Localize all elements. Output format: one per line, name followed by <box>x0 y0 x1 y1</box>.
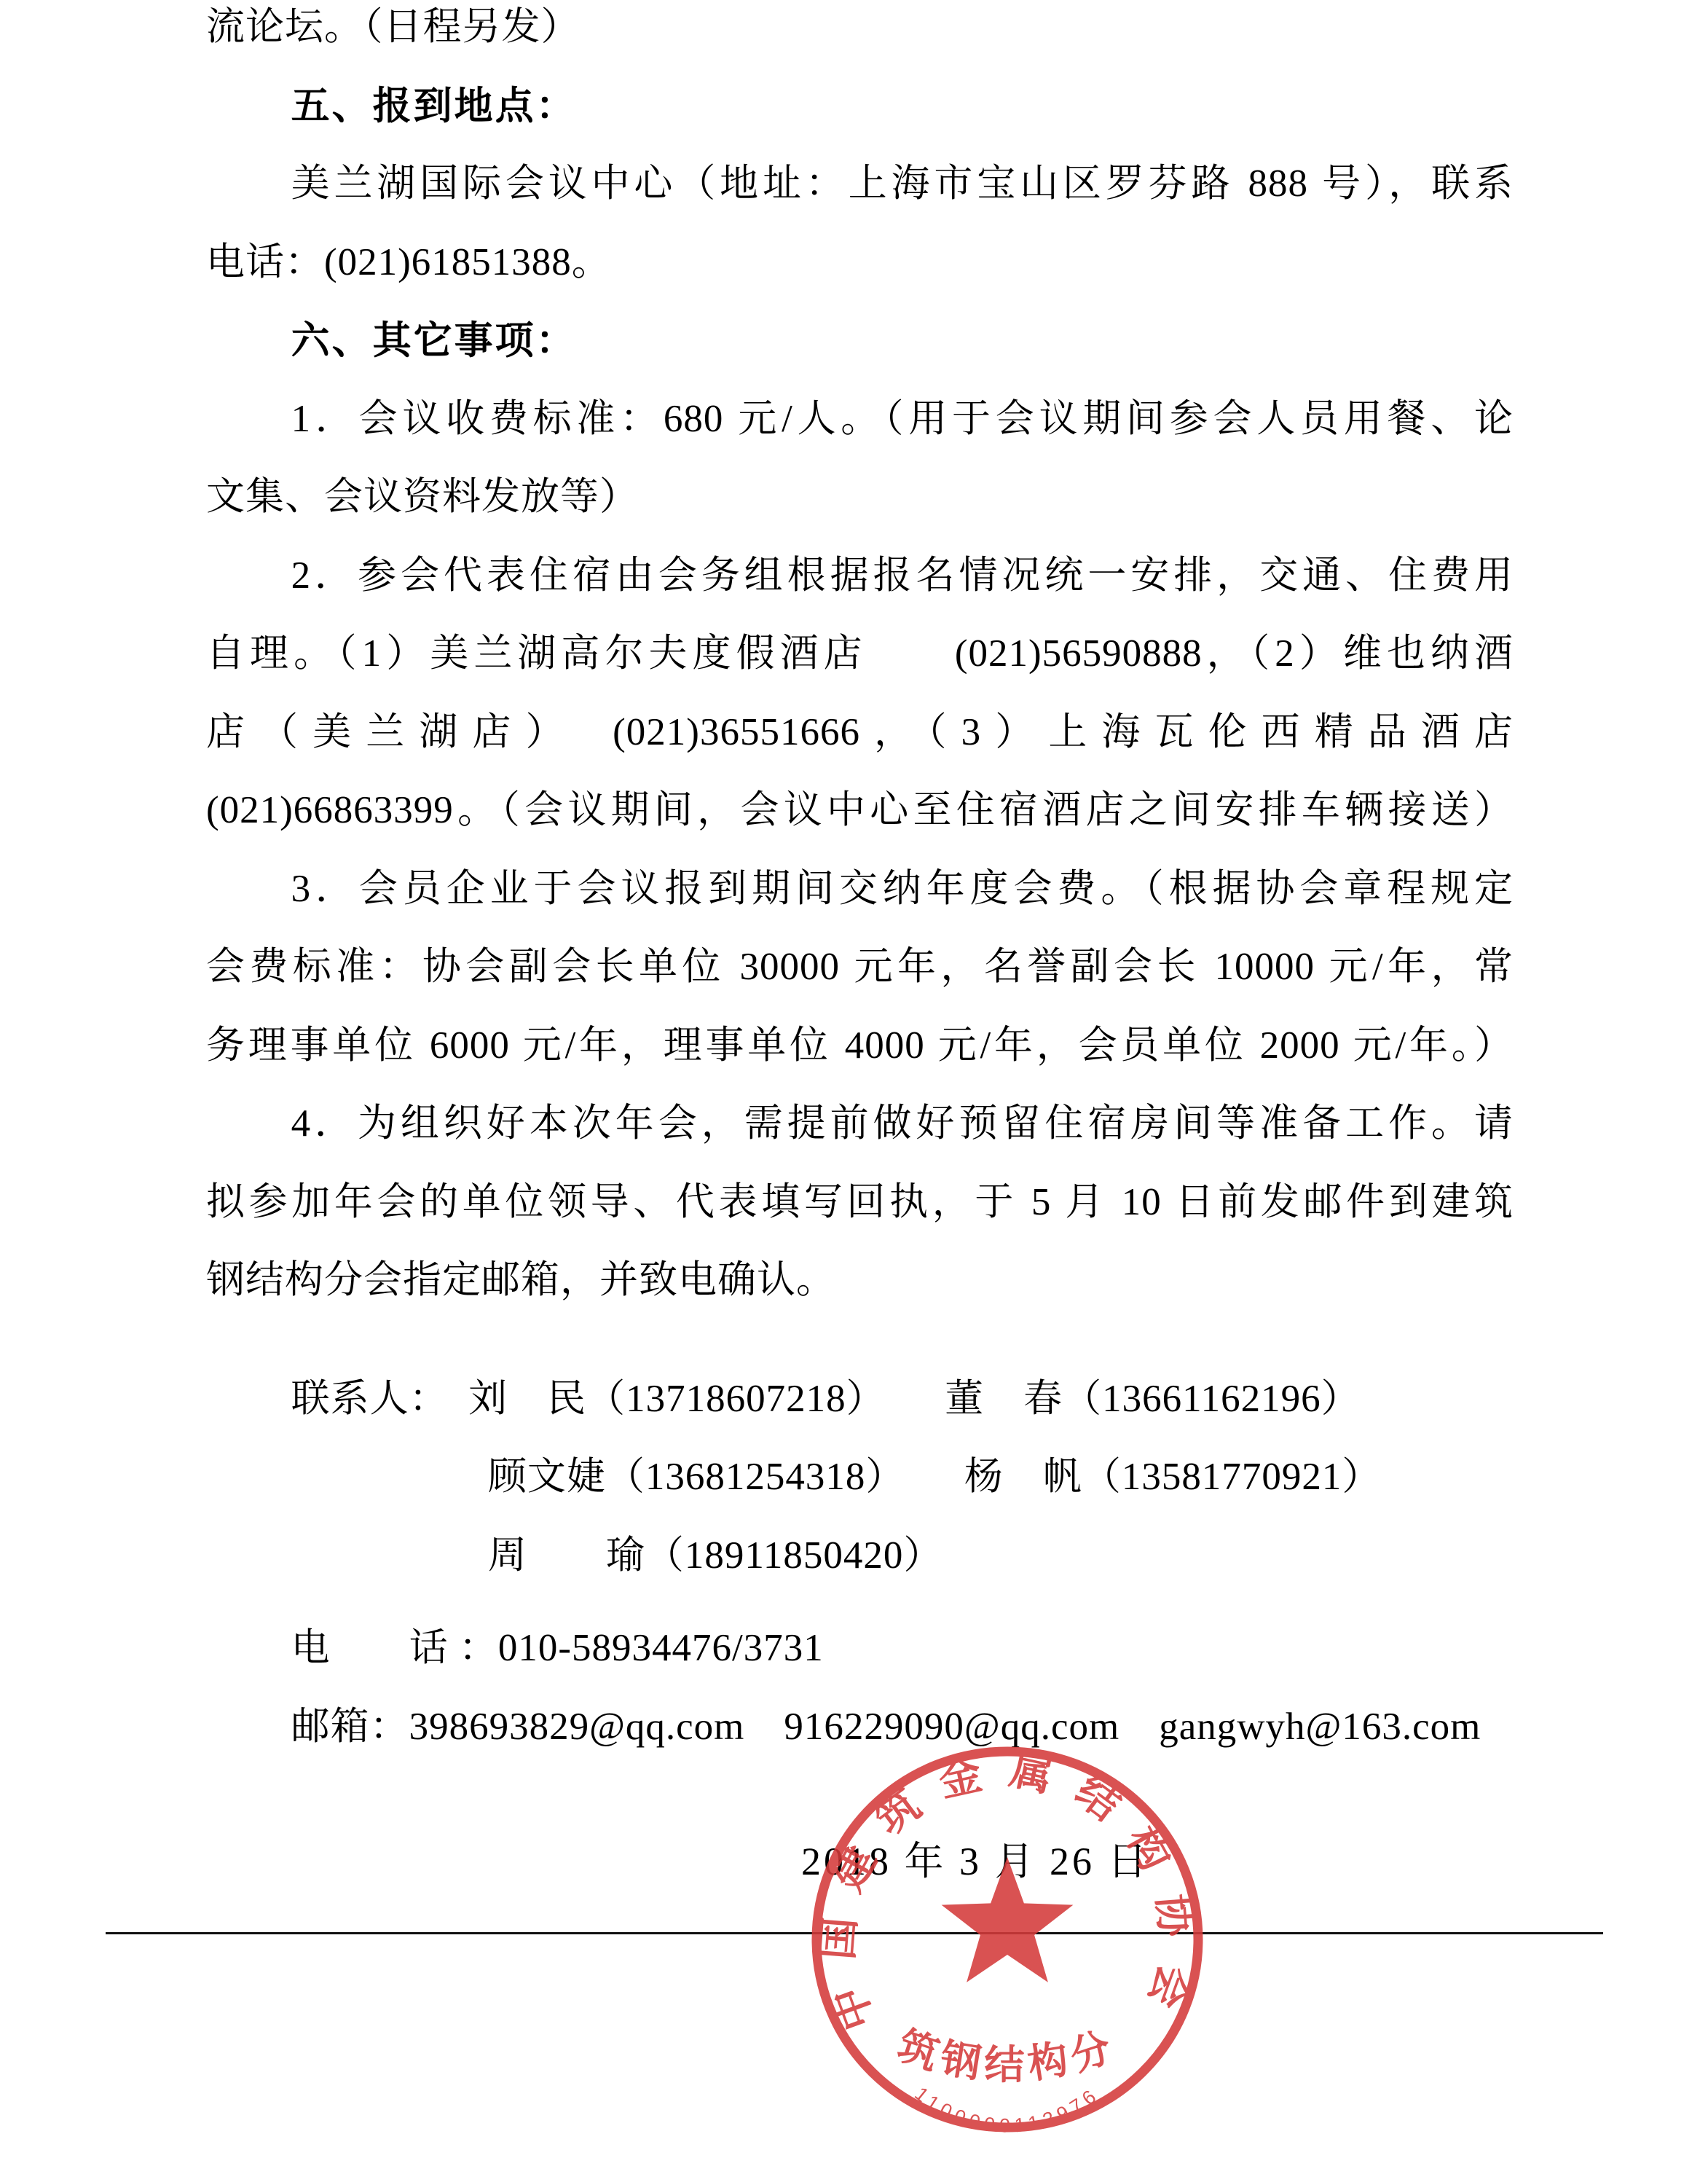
doc-line-03: 美兰湖国际会议中心（地址：上海市宝山区罗芬路 888 号），联系 <box>206 145 1514 224</box>
doc-line-09: 自理。（1）美兰湖高尔夫度假酒店 (021)56590888，（2）维也纳酒 <box>206 615 1514 694</box>
doc-line-08: 2．参会代表住宿由会务组根据报名情况统一安排，交通、住费用 <box>206 537 1514 616</box>
seal-stamp: 中国建筑金属结构协会 建筑钢结构分会 1100000112976 <box>796 1728 1219 2151</box>
doc-line-01: 流论坛。（日程另发） <box>206 0 1514 67</box>
doc-line-11: (021)66863399。（会议期间，会议中心至住宿酒店之间安排车辆接送） <box>206 772 1514 850</box>
contact-line-phone: 电 话 ：010-58934476/3731 <box>206 1609 1514 1688</box>
svg-text:1100000112976: 1100000112976 <box>910 2082 1104 2136</box>
doc-line-13: 会费标准：协会副会长单位 30000 元年，名誉副会长 10000 元/年，常 <box>206 928 1514 1007</box>
doc-line-04: 电话：(021)61851388。 <box>206 224 1514 302</box>
doc-line-07: 文集、会议资料发放等） <box>206 458 1514 537</box>
doc-line-06: 1．会议收费标准：680 元/人。（用于会议期间参会人员用餐、论 <box>206 380 1514 459</box>
section-heading-6: 六、其它事项： <box>206 302 1514 380</box>
contact-line-names-3: 周 瑜（18911850420） <box>206 1517 1514 1596</box>
document-body: 流论坛。（日程另发） 五、报到地点： 美兰湖国际会议中心（地址：上海市宝山区罗芬… <box>206 0 1514 1766</box>
doc-line-16: 拟参加年会的单位领导、代表填写回执，于 5 月 10 日前发邮件到建筑 <box>206 1164 1514 1242</box>
contact-line-names-1: 联系人： 刘 民（13718607218） 董 春（13661162196） <box>206 1360 1514 1439</box>
seal-star-icon <box>942 1857 1074 1982</box>
doc-line-15: 4．为组织好本次年会，需提前做好预留住宿房间等准备工作。请 <box>206 1085 1514 1164</box>
doc-line-17: 钢结构分会指定邮箱，并致电确认。 <box>206 1241 1514 1320</box>
seal-serial-text: 1100000112976 <box>910 2082 1104 2136</box>
section-heading-5: 五、报到地点： <box>206 67 1514 146</box>
doc-line-10: 店（美兰湖店） (021)36551666，（3）上海瓦伦西精品酒店 <box>206 694 1514 772</box>
doc-line-14: 务理事单位 6000 元/年，理事单位 4000 元/年，会员单位 2000 元… <box>206 1007 1514 1086</box>
contact-line-names-2: 顾文婕（13681254318） 杨 帆（13581770921） <box>206 1438 1514 1517</box>
doc-line-12: 3．会员企业于会议报到期间交纳年度会费。（根据协会章程规定 <box>206 850 1514 929</box>
